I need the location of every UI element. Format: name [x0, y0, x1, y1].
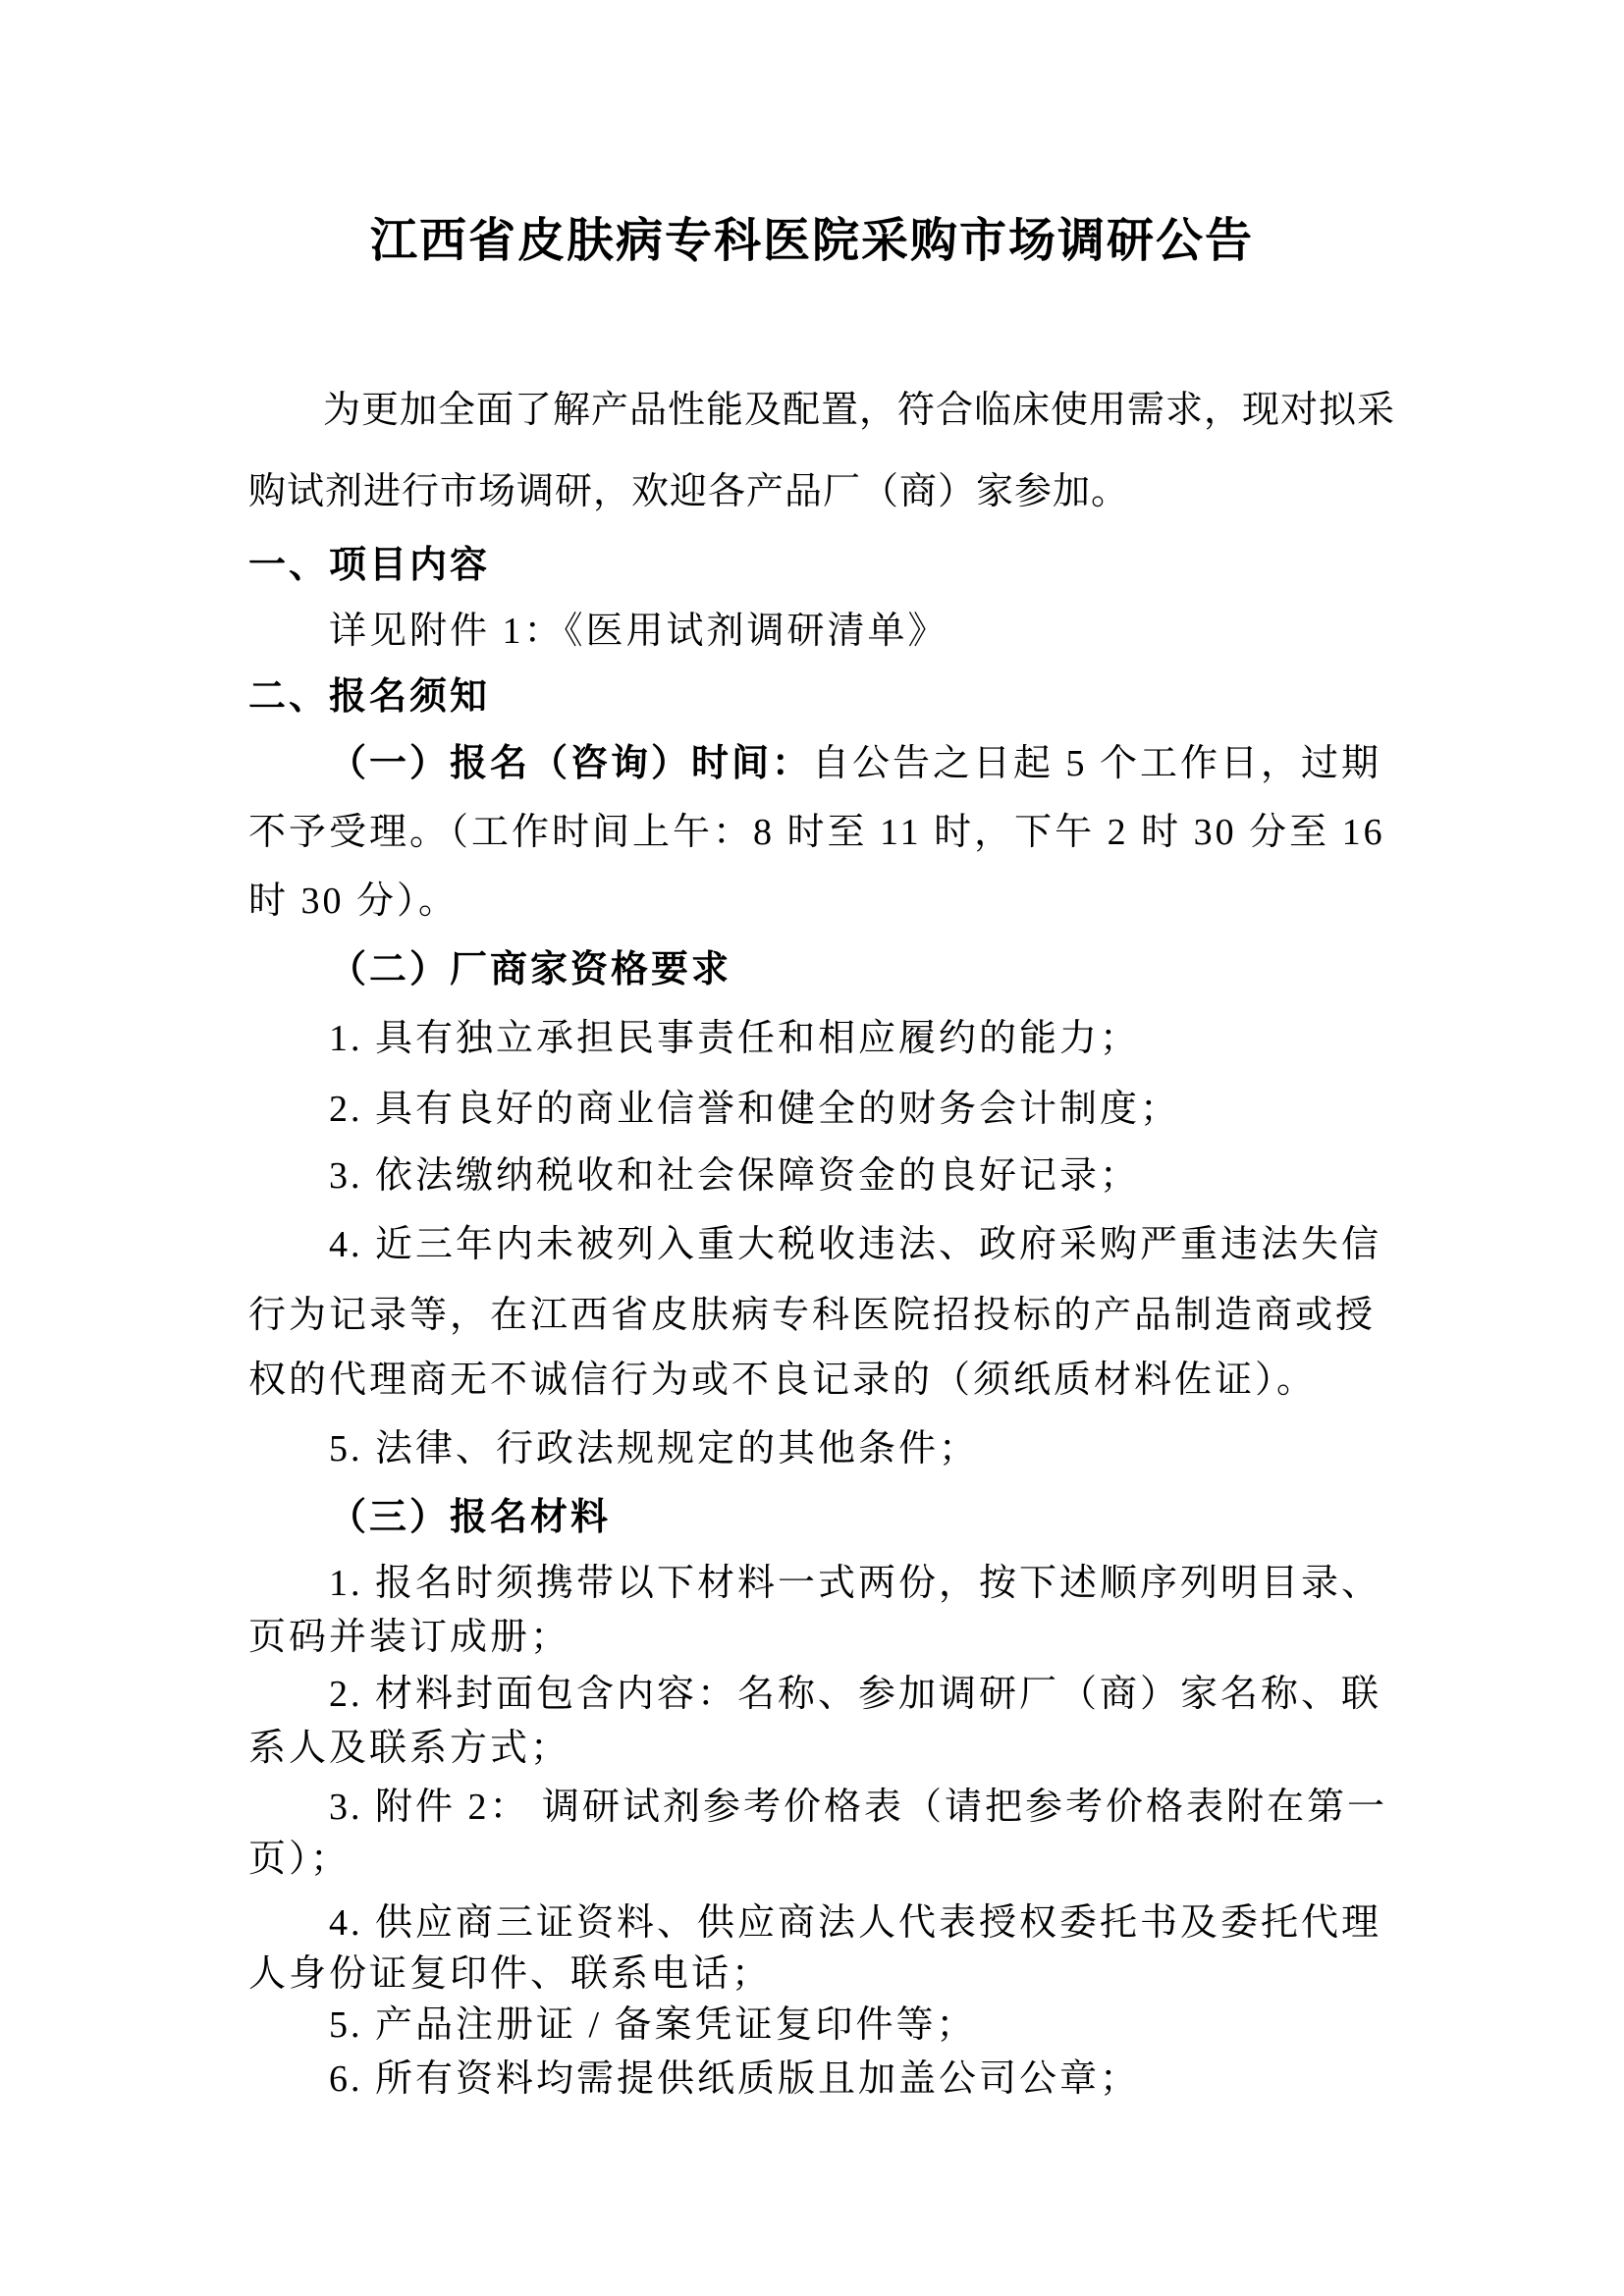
sub-three-item-5: 5. 产品注册证 / 备案凭证复印件等；: [329, 2002, 977, 2048]
sub-three-item-4-line-2: 人身份证复印件、联系电话；: [248, 1951, 772, 1997]
sub-two-item-4-line-3: 权的代理商无不诚信行为或不良记录的（须纸质材料佐证）。: [248, 1358, 1317, 1403]
sub-three-heading: （三）报名材料: [329, 1495, 611, 1540]
sub-three-item-2-line-1: 2. 材料封面包含内容：名称、参加调研厂（商）家名称、联: [329, 1672, 1381, 1717]
sub-two-item-5: 5. 法律、行政法规规定的其他条件；: [329, 1426, 979, 1471]
sub-one-label: （一）报名（咨询）时间：: [329, 743, 812, 784]
document-title: 江西省皮肤病专科医院采购市场调研公告: [0, 216, 1624, 267]
sub-three-item-3-line-2: 页）；: [248, 1837, 351, 1882]
sub-three-item-2-line-2: 系人及联系方式；: [248, 1726, 570, 1771]
sub-three-item-6: 6. 所有资料均需提供纸质版且加盖公司公章；: [329, 2056, 1140, 2102]
sub-one-line-1-rest: 自公告之日起 5 个工作日，过期: [812, 743, 1381, 784]
sub-two-item-1: 1. 具有独立承担民事责任和相应履约的能力；: [329, 1016, 1140, 1061]
sub-two-item-4-line-1: 4. 近三年内未被列入重大税收违法、政府采购严重违法失信: [329, 1222, 1381, 1267]
sub-three-item-1-line-2: 页码并装订成册；: [248, 1615, 570, 1660]
sub-two-item-2: 2. 具有良好的商业信誉和健全的财务会计制度；: [329, 1087, 1180, 1132]
sub-two-item-3: 3. 依法缴纳税收和社会保障资金的良好记录；: [329, 1153, 1140, 1199]
sub-one-line-1: （一）报名（咨询）时间：自公告之日起 5 个工作日，过期: [329, 741, 1381, 786]
section-one-body: 详见附件 1：《医用试剂调研清单》: [329, 609, 948, 654]
sub-two-item-4-line-2: 行为记录等，在江西省皮肤病专科医院招投标的产品制造商或授: [248, 1293, 1376, 1338]
section-two-heading: 二、报名须知: [248, 674, 490, 720]
intro-line-2: 购试剂进行市场调研，欢迎各产品厂（商）家参加。: [248, 469, 1129, 514]
sub-three-item-1-line-1: 1. 报名时须携带以下材料一式两份，按下述顺序列明目录、: [329, 1561, 1381, 1606]
document-page: 江西省皮肤病专科医院采购市场调研公告 为更加全面了解产品性能及配置，符合临床使用…: [0, 0, 1624, 2296]
sub-three-item-4-line-1: 4. 供应商三证资料、供应商法人代表授权委托书及委托代理: [329, 1900, 1381, 1946]
intro-line-1: 为更加全面了解产品性能及配置，符合临床使用需求，现对拟采: [323, 388, 1395, 433]
section-one-heading: 一、项目内容: [248, 543, 490, 588]
sub-one-line-2: 不予受理。（工作时间上午：8 时至 11 时，下午 2 时 30 分至 16: [248, 810, 1385, 855]
sub-three-item-3-line-1: 3. 附件 2： 调研试剂参考价格表（请把参考价格表附在第一: [329, 1785, 1387, 1830]
sub-one-line-3: 时 30 分）。: [248, 879, 459, 924]
sub-two-heading: （二）厂商家资格要求: [329, 947, 731, 992]
